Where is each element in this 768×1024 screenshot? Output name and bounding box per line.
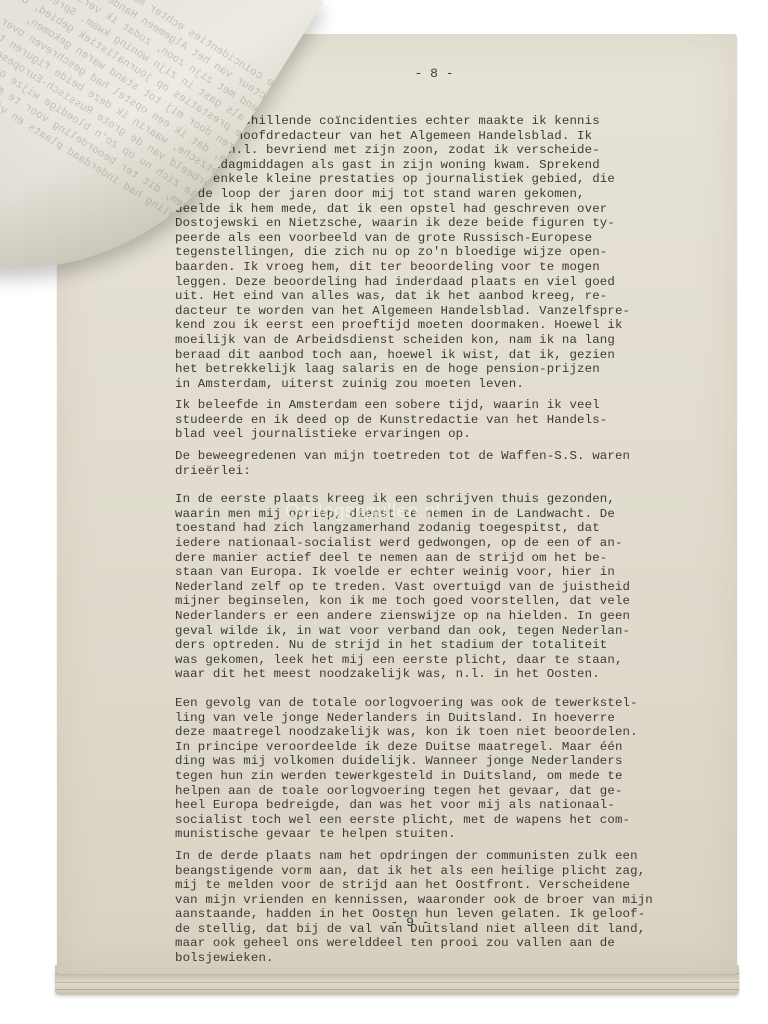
- text-line: Nederlanders er een andere zienswijze op…: [175, 609, 735, 624]
- text-line: raakte n.l. bevriend met zijn zoon, zoda…: [175, 143, 735, 158]
- text-line: uit. Het eind van alles was, dat ik het …: [175, 289, 735, 304]
- text-line: De beweegredenen van mijn toetreden tot …: [175, 449, 735, 464]
- paragraph: Door verschillende coïncidenties echter …: [175, 114, 735, 391]
- text-line: met den hoofdredacteur van het Algemeen …: [175, 129, 735, 144]
- text-line: munistische gevaar te helpen stuiten.: [175, 827, 735, 842]
- text-line: Een gevolg van de totale oorlogvoering w…: [175, 696, 735, 711]
- text-line: over enkele kleine prestaties op journal…: [175, 172, 735, 187]
- text-line: studeerde en ik deed op de Kunstredactie…: [175, 413, 735, 428]
- text-line: In de eerste plaats kreeg ik een schrijv…: [175, 492, 735, 507]
- paragraph: Een gevolg van de totale oorlogvoering w…: [175, 696, 735, 842]
- text-line: baarden. Ik vroeg hem, dit ter beoordeli…: [175, 260, 735, 275]
- text-line: helpen aan de toale oorlogvoering tegen …: [175, 784, 735, 799]
- text-line: maar ook geheel ons werelddeel ten prooi…: [175, 936, 735, 951]
- text-line: leggen. Deze beoordeling had inderdaad p…: [175, 275, 735, 290]
- text-line: ne Zondagmiddagen als gast in zijn wonin…: [175, 158, 735, 173]
- stack-divider: [55, 989, 739, 990]
- text-line: mij te melden voor de strijd aan het Oos…: [175, 878, 735, 893]
- text-line: ders optreden. Nu de strijd in het stadi…: [175, 638, 735, 653]
- text-line: deze maatregel noodzakelijk was, kon ik …: [175, 725, 735, 740]
- text-line: in Amsterdam, uiterst zuinig zou moeten …: [175, 377, 735, 392]
- text-line: dere manier actief deel te nemen aan de …: [175, 551, 735, 566]
- text-line: blad veel journalistieke ervaringen op.: [175, 427, 735, 442]
- text-line: was gekomen, leek het mij een eerste pli…: [175, 653, 735, 668]
- text-line: toestand had zich langzamerhand zodanig …: [175, 521, 735, 536]
- text-line: beangstigende vorm aan, dat ik het als e…: [175, 864, 735, 879]
- text-line: de stellig, dat bij de val van Duitsland…: [175, 922, 735, 937]
- text-line: Nederland zelf op te treden. Vast overtu…: [175, 580, 735, 595]
- text-line: dacteur te worden van het Algemeen Hande…: [175, 304, 735, 319]
- page-number-top: - 8 -: [404, 66, 464, 81]
- paragraph: In de derde plaats nam het opdringen der…: [175, 849, 735, 966]
- page-number-bottom: - 9 -: [380, 915, 440, 930]
- text-line: tegen hun zin werden tewerkgesteld in Du…: [175, 769, 735, 784]
- text-line: beraad dit aanbod toch aan, hoewel ik wi…: [175, 348, 735, 363]
- text-line: aanstaande, hadden in het Oosten hun lev…: [175, 907, 735, 922]
- text-line: Door verschillende coïncidenties echter …: [175, 114, 735, 129]
- text-line: het betrekkelijk laag salaris en de hoge…: [175, 362, 735, 377]
- text-line: iedere nationaal-socialist werd gedwonge…: [175, 536, 735, 551]
- text-line: waar dit het meest noodzakelijk was, n.l…: [175, 667, 735, 682]
- text-line: Dostojewski en Nietzsche, waarin ik deze…: [175, 216, 735, 231]
- text-line: geval wilde ik, in wat voor verband dan …: [175, 624, 735, 639]
- text-line: heel Europa bedreigde, dan was het voor …: [175, 798, 735, 813]
- text-line: tegenstellingen, die zich nu op zo'n blo…: [175, 245, 735, 260]
- text-line: drieërlei:: [175, 464, 735, 479]
- stack-divider: [55, 982, 739, 983]
- text-line: bolsjewieken.: [175, 951, 735, 966]
- text-line: van mijn vrienden en kennissen, waaronde…: [175, 893, 735, 908]
- text-line: moeilijk van de Arbeidsdienst scheiden k…: [175, 333, 735, 348]
- text-line: Ik beleefde in Amsterdam een sobere tijd…: [175, 398, 735, 413]
- text-line: deelde ik hem mede, dat ik een opstel ha…: [175, 202, 735, 217]
- text-line: mijner beginselen, kon ik me toch goed v…: [175, 594, 735, 609]
- paragraph: De beweegredenen van mijn toetreden tot …: [175, 449, 735, 478]
- text-line: in de loop der jaren door mij tot stand …: [175, 187, 735, 202]
- text-line: socialist toch wel een eerste plicht, me…: [175, 813, 735, 828]
- paragraph: In de eerste plaats kreeg ik een schrijv…: [175, 492, 735, 682]
- text-line: In principe veroordeelde ik deze Duitse …: [175, 740, 735, 755]
- photo-scene: - 8 - Door verschillende coïncidenties e…: [0, 0, 768, 1024]
- paragraph: Ik beleefde in Amsterdam een sobere tijd…: [175, 398, 735, 442]
- text-line: peerde als een voorbeeld van de grote Ru…: [175, 231, 735, 246]
- text-line: waarin men mij opriep, dienst te nemen i…: [175, 507, 735, 522]
- text-line: staan van Europa. Ik voelde er echter we…: [175, 565, 735, 580]
- text-line: kend zou ik eerst een proeftijd moeten d…: [175, 318, 735, 333]
- text-line: ding was mij volkomen duidelijk. Wanneer…: [175, 754, 735, 769]
- text-line: In de derde plaats nam het opdringen der…: [175, 849, 735, 864]
- page-body: Door verschillende coïncidenties echter …: [175, 114, 735, 973]
- text-line: ling van vele jonge Nederlanders in Duit…: [175, 711, 735, 726]
